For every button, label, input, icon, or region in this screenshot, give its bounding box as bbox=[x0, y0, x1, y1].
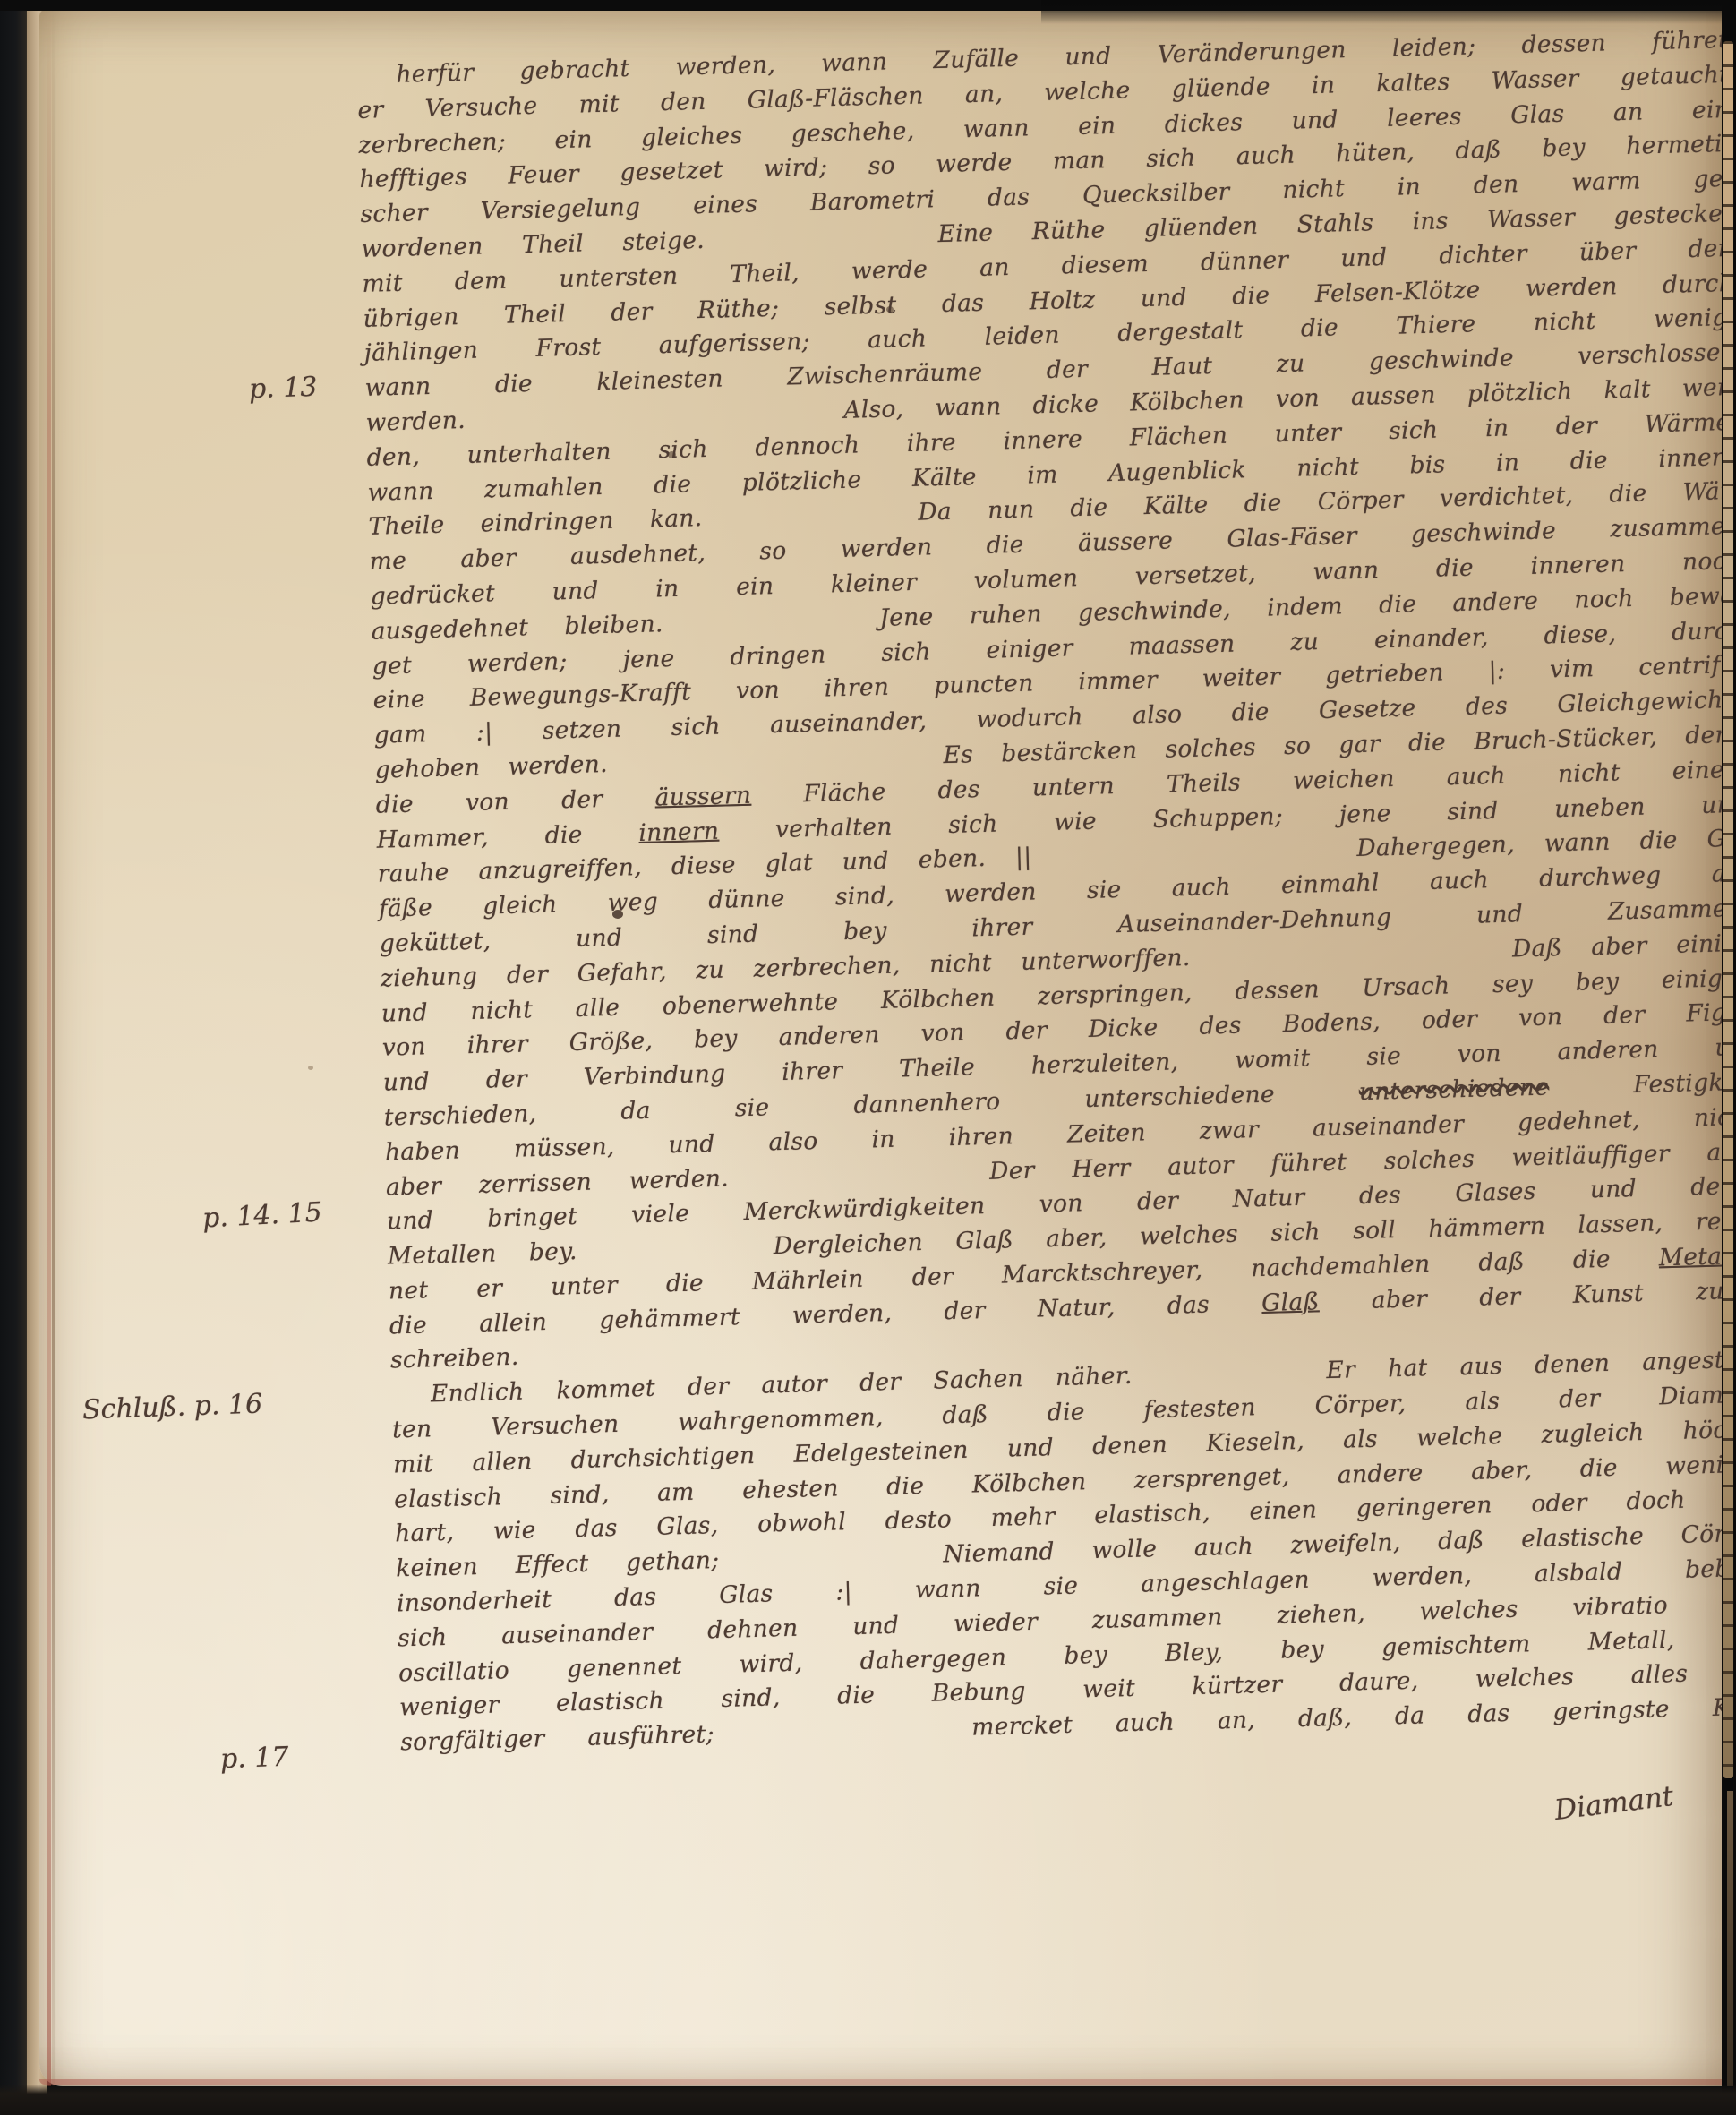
adjacent-page-sliver bbox=[1723, 41, 1733, 1778]
adjacent-page-sliver-dark bbox=[1727, 1791, 1733, 2086]
top-shadow bbox=[1041, 0, 1722, 27]
red-edge-stain-left bbox=[47, 9, 51, 2086]
scan-bottom-border bbox=[0, 2085, 1736, 2115]
manuscript-text-block: herfür gebracht werden, wann Zufälle und… bbox=[356, 23, 1736, 1760]
gutter-crease bbox=[52, 9, 55, 2086]
foxing-spot bbox=[308, 1066, 313, 1070]
margin-page-reference: p. 17 bbox=[219, 1742, 289, 1776]
book-binding-edge bbox=[0, 0, 29, 2115]
adjacent-pages-fore-edge bbox=[1722, 0, 1736, 2115]
margin-page-reference: p. 14. 15 bbox=[201, 1197, 322, 1235]
margin-page-reference: Schluß. p. 16 bbox=[81, 1389, 262, 1426]
book-scan: herfür gebracht werden, wann Zufälle und… bbox=[0, 0, 1736, 2115]
margin-page-reference: p. 13 bbox=[248, 372, 318, 406]
